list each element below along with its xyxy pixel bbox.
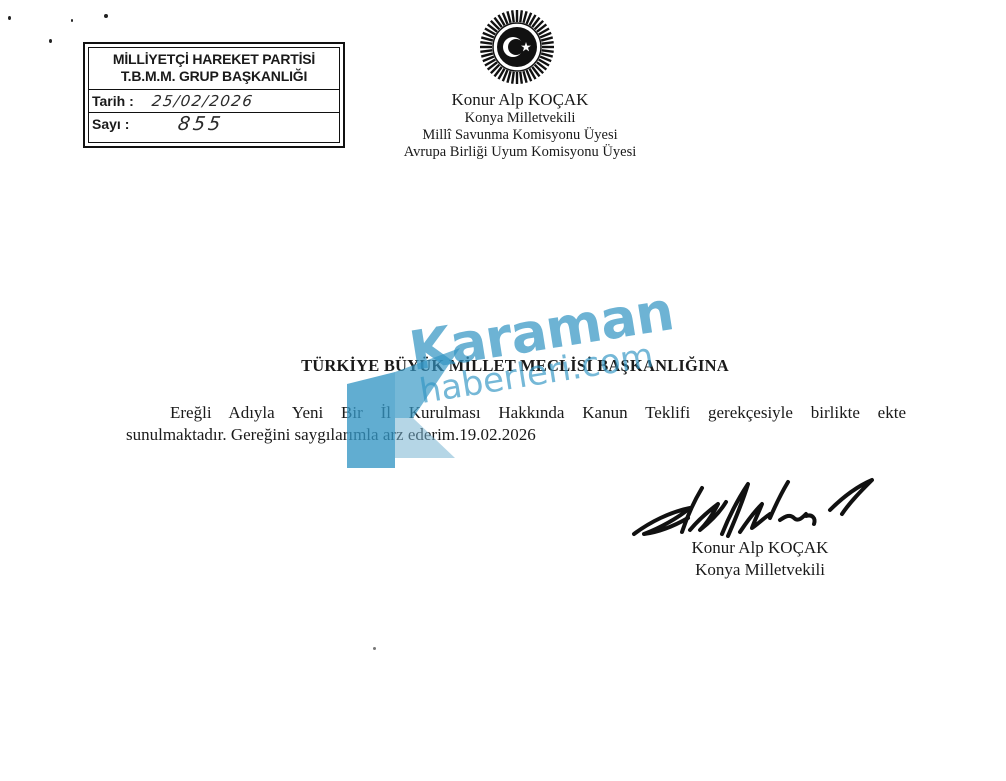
stamp-number-row: Sayı : 855 [89,113,339,135]
scan-speck [373,647,376,650]
signatory-name: Konur Alp KOÇAK [668,537,852,559]
stamp-date-row: Tarih : 25/02/2026 [89,90,339,113]
letterhead-committee-1: Millî Savunma Komisyonu Üyesi [340,127,700,144]
signature-block: Konur Alp KOÇAK Konya Milletvekili [668,537,852,581]
letterhead-committee-2: Avrupa Birliği Uyum Komisyonu Üyesi [340,144,700,161]
tbmm-emblem-icon [478,8,556,86]
scan-speck [71,19,73,22]
stamp-number-value: 855 [176,113,224,135]
stamp-date-label: Tarih : [92,93,148,109]
stamp-org-line1: MİLLİYETÇİ HAREKET PARTİSİ [89,51,339,68]
document-title: TÜRKİYE BÜYÜK MİLLET MECLİSİ BAŞKANLIĞIN… [250,356,780,376]
letterhead-name: Konur Alp KOÇAK [340,90,700,110]
stamp-org-line2: T.B.M.M. GRUP BAŞKANLIĞI [89,68,339,85]
letterhead-role: Konya Milletvekili [340,110,700,127]
stamp-number-label: Sayı : [92,116,148,132]
signatory-role: Konya Milletvekili [668,559,852,581]
registry-stamp: MİLLİYETÇİ HAREKET PARTİSİ T.B.M.M. GRUP… [83,42,345,148]
letterhead: Konur Alp KOÇAK Konya Milletvekili Millî… [340,90,700,161]
body-line-1: Ereğli Adıyla Yeni Bir İl Kurulması Hakk… [126,402,906,424]
body-line-2: sunulmaktadır. Gereğini saygılarımla arz… [126,424,906,446]
handwritten-signature-icon [630,474,880,546]
stamp-header: MİLLİYETÇİ HAREKET PARTİSİ T.B.M.M. GRUP… [89,48,339,90]
scan-speck [104,14,108,18]
document-body: Ereğli Adıyla Yeni Bir İl Kurulması Hakk… [126,402,906,446]
scan-speck [8,16,11,20]
scan-speck [49,39,52,43]
stamp-date-value: 25/02/2026 [151,92,255,110]
